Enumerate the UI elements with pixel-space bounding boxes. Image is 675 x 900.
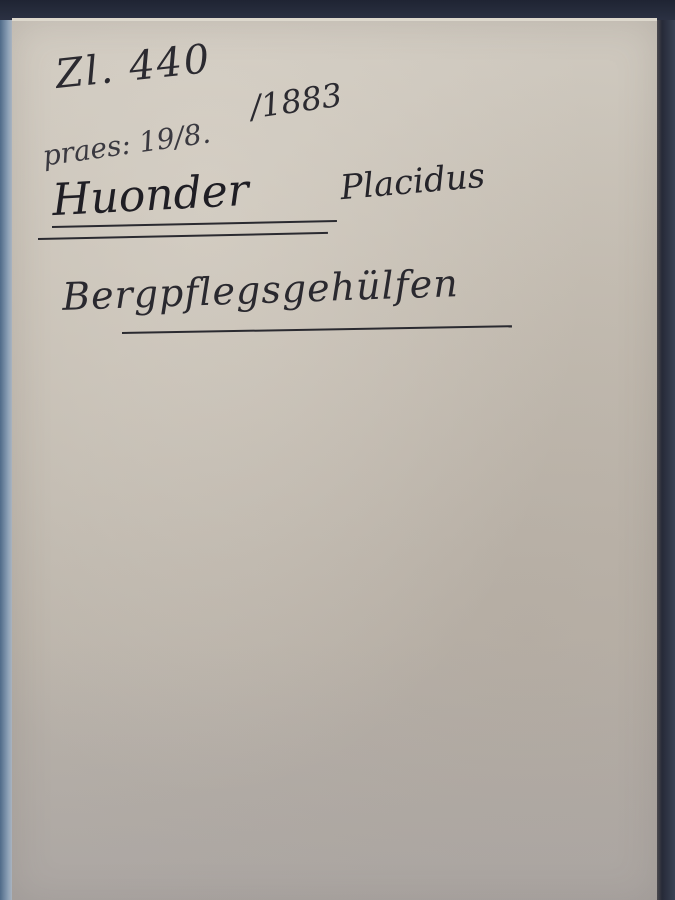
surname: Huonder [51, 165, 250, 226]
plastic-sleeve-right-edge [655, 20, 675, 900]
paper-shading [12, 643, 657, 900]
